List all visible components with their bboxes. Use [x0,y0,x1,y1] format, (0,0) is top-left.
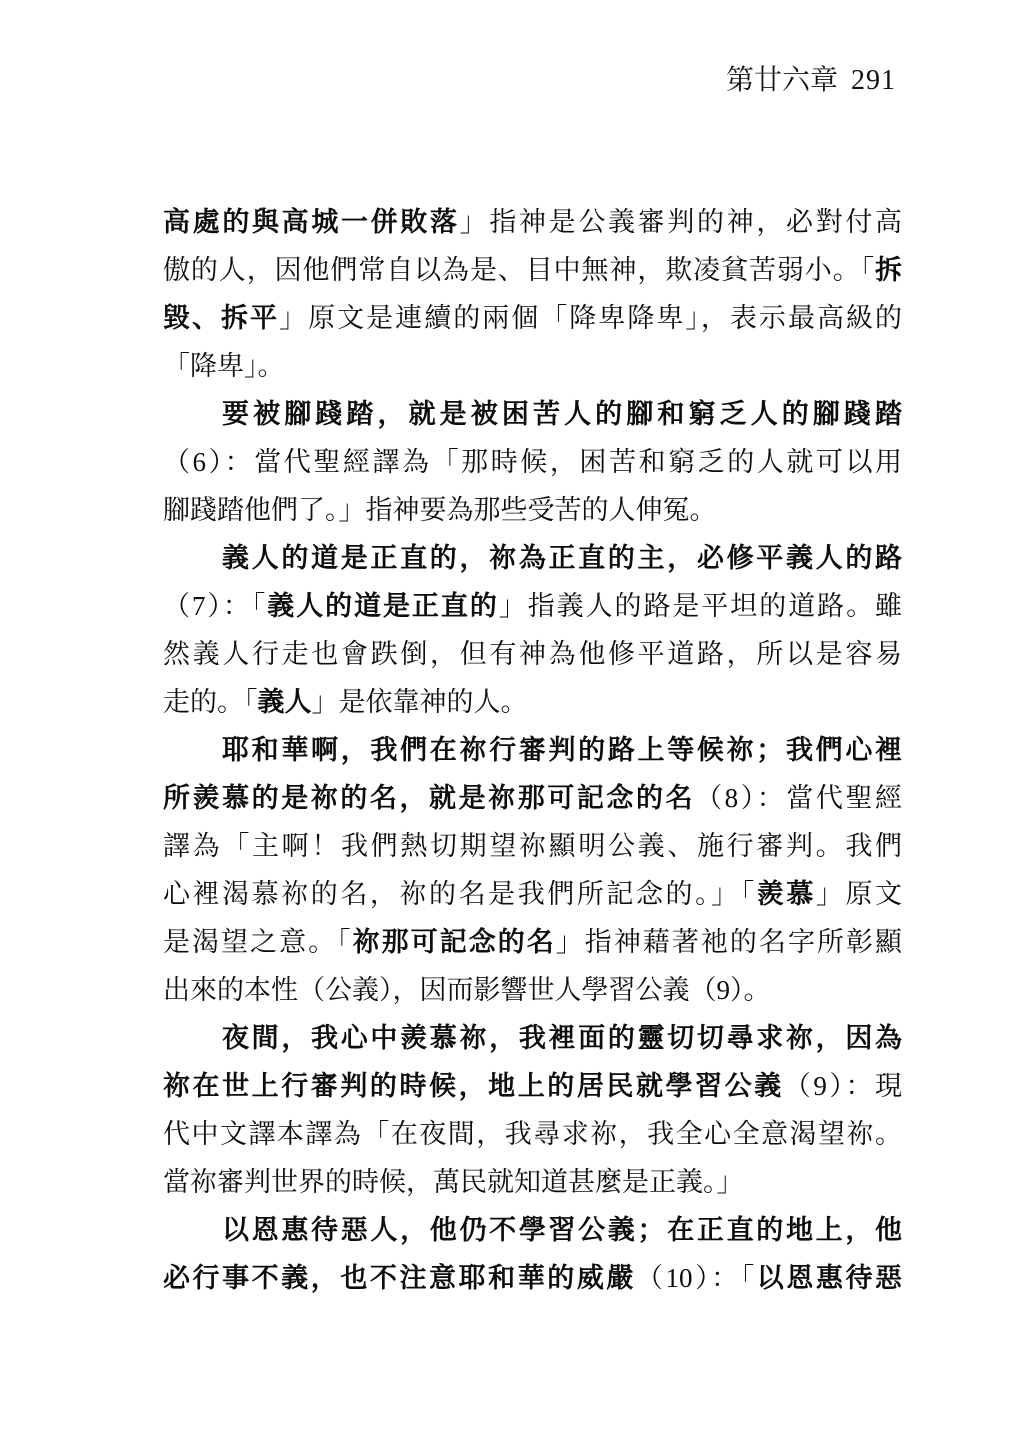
text-run: 以恩惠待惡人，他仍不學習公義；在正直的地上，他 [222,1215,902,1245]
page-number: 291 [851,65,896,96]
text-run: 義人的道是正直的，祢為正直的主，必修平義人的路 [222,543,902,573]
text-line: （7）：「義人的道是正直的」指義人的路是平坦的道路。雖 [163,582,902,630]
chapter-title: 第廿六章 [726,65,838,96]
text-run: 走的。「 [163,687,258,717]
text-run: 」指神是公義審判的神，必對付高 [460,207,902,237]
text-run: 拆 [875,255,902,285]
text-line: 毀、拆平」原文是連續的兩個「降卑降卑」，表示最高級的 [163,294,902,342]
text-line: 是渴望之意。「祢那可記念的名」指神藉著祂的名字所彰顯 [163,918,902,966]
text-run: 義人 [258,687,312,717]
text-run: 」指神藉著祂的名字所彰顯 [556,927,902,957]
text-run: 夜間，我心中羨慕祢，我裡面的靈切切尋求祢，因為 [222,1023,902,1053]
text-run: 然義人行走也會跌倒，但有神為他修平道路，所以是容易 [163,639,902,669]
text-run: 腳踐踏他們了。」指神要為那些受苦的人伸冤。 [163,495,717,525]
text-line: 必行事不義，也不注意耶和華的威嚴（10）：「以恩惠待惡 [163,1254,902,1302]
paragraph: 夜間，我心中羨慕祢，我裡面的靈切切尋求祢，因為祢在世上行審判的時候，地上的居民就… [163,1014,902,1206]
text-run: （10）：「 [636,1263,757,1293]
text-line: 祢在世上行審判的時候，地上的居民就學習公義（9）：現 [163,1062,902,1110]
text-line: 義人的道是正直的，祢為正直的主，必修平義人的路 [163,534,902,582]
text-run: 」是依靠神的人。 [312,687,528,717]
text-line: 當祢審判世界的時候，萬民就知道甚麼是正義。」 [163,1158,902,1206]
text-run: 所羨慕的是祢的名，就是祢那可記念的名 [163,783,695,813]
paragraph: 義人的道是正直的，祢為正直的主，必修平義人的路（7）：「義人的道是正直的」指義人… [163,534,902,726]
text-run: 當祢審判世界的時候，萬民就知道甚麼是正義。」 [163,1167,744,1197]
text-run: 是渴望之意。「 [163,927,353,957]
text-run: 代中文譯本譯為「在夜間，我尋求祢，我全心全意渴望祢。 [163,1119,902,1149]
text-line: 出來的本性（公義），因而影響世人學習公義（9）。 [163,966,902,1014]
text-run: 羨慕 [757,879,816,909]
text-line: 代中文譯本譯為「在夜間，我尋求祢，我全心全意渴望祢。 [163,1110,902,1158]
text-run: （8）：當代聖經 [695,783,902,813]
text-line: 高處的與高城一併敗落」指神是公義審判的神，必對付高 [163,198,902,246]
text-run: 譯為「主啊！我們熱切期望祢顯明公義、施行審判。我們 [163,831,902,861]
text-run: 耶和華啊，我們在祢行審判的路上等候祢；我們心裡 [222,735,902,765]
text-run: 毀、拆平 [163,303,279,333]
text-line: 傲的人，因他們常自以為是、目中無神，欺凌貧苦弱小。「拆 [163,246,902,294]
text-run: （7）：「 [163,591,267,621]
text-line: 腳踐踏他們了。」指神要為那些受苦的人伸冤。 [163,486,902,534]
text-run: 必行事不義，也不注意耶和華的威嚴 [163,1263,636,1293]
text-line: 以恩惠待惡人，他仍不學習公義；在正直的地上，他 [163,1206,902,1254]
text-run: 「降卑」。 [163,351,285,381]
text-run: 以恩惠待惡 [757,1263,902,1293]
text-line: 然義人行走也會跌倒，但有神為他修平道路，所以是容易 [163,630,902,678]
text-line: 走的。「義人」是依靠神的人。 [163,678,902,726]
text-line: 耶和華啊，我們在祢行審判的路上等候祢；我們心裡 [163,726,902,774]
page-header: 第廿六章291 [726,62,896,100]
text-run: 傲的人，因他們常自以為是、目中無神，欺凌貧苦弱小。「 [163,255,875,285]
text-run: 」原文 [816,879,902,909]
text-run: 」原文是連續的兩個「降卑降卑」，表示最高級的 [279,303,902,333]
text-line: 所羨慕的是祢的名，就是祢那可記念的名（8）：當代聖經 [163,774,902,822]
text-run: 義人的道是正直的 [267,591,499,621]
text-run: 要被腳踐踏，就是被困苦人的腳和窮乏人的腳踐踏 [222,399,902,429]
text-line: 譯為「主啊！我們熱切期望祢顯明公義、施行審判。我們 [163,822,902,870]
text-run: 祢那可記念的名 [353,927,556,957]
paragraph: 要被腳踐踏，就是被困苦人的腳和窮乏人的腳踐踏（6）：當代聖經譯為「那時候，困苦和… [163,390,902,534]
text-run: （6）：當代聖經譯為「那時候，困苦和窮乏的人就可以用 [163,447,902,477]
paragraph: 高處的與高城一併敗落」指神是公義審判的神，必對付高傲的人，因他們常自以為是、目中… [163,198,902,390]
text-run: 」指義人的路是平坦的道路。雖 [499,591,902,621]
text-run: 祢在世上行審判的時候，地上的居民就學習公義 [163,1071,784,1101]
text-line: 要被腳踐踏，就是被困苦人的腳和窮乏人的腳踐踏 [163,390,902,438]
paragraph: 以恩惠待惡人，他仍不學習公義；在正直的地上，他必行事不義，也不注意耶和華的威嚴（… [163,1206,902,1302]
text-line: 心裡渴慕祢的名，祢的名是我們所記念的。」「羨慕」原文 [163,870,902,918]
document-body: 高處的與高城一併敗落」指神是公義審判的神，必對付高傲的人，因他們常自以為是、目中… [163,198,902,1302]
paragraph: 耶和華啊，我們在祢行審判的路上等候祢；我們心裡所羨慕的是祢的名，就是祢那可記念的… [163,726,902,1014]
text-line: 夜間，我心中羨慕祢，我裡面的靈切切尋求祢，因為 [163,1014,902,1062]
text-run: 心裡渴慕祢的名，祢的名是我們所記念的。」「 [163,879,757,909]
book-page: 第廿六章291 高處的與高城一併敗落」指神是公義審判的神，必對付高傲的人，因他們… [0,0,1024,1440]
text-run: （9）：現 [784,1071,902,1101]
text-line: 「降卑」。 [163,342,902,390]
text-run: 出來的本性（公義），因而影響世人學習公義（9）。 [163,975,771,1005]
text-run: 高處的與高城一併敗落 [163,207,460,237]
text-line: （6）：當代聖經譯為「那時候，困苦和窮乏的人就可以用 [163,438,902,486]
